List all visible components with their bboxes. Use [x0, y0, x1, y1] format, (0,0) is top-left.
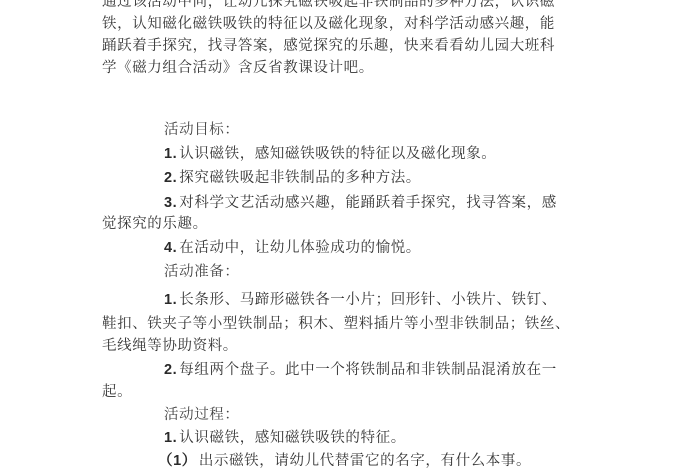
goal-item-text: 对科学文艺活动感兴趣，能踊跃着手探究，找寻答案，感: [179, 195, 557, 211]
process-item-1: 1.认识磁铁，感知磁铁吸铁的特征。: [164, 428, 406, 448]
intro-line-0: 通过该活动中同，让幼儿探究磁铁吸起非铁制品的多种方法，认识磁: [102, 0, 555, 12]
goal-item-4: 4.在活动中，让幼儿体验成功的愉悦。: [164, 238, 421, 258]
prep-item-number: 2.: [164, 362, 177, 378]
goal-item-number: 2.: [164, 170, 177, 186]
goal-item-text: 认识磁铁，感知磁铁吸铁的特征以及磁化现象。: [179, 146, 496, 162]
prep-item-1-continued-1: 鞋扣、铁夹子等小型铁制品；积木、塑料插片等小型非铁制品；铁丝、: [102, 314, 570, 334]
process-heading: 活动过程：: [164, 405, 240, 425]
prep-item-1-continued-2: 毛线绳等协助资料。: [102, 336, 238, 356]
process-item-text: 认识磁铁，感知磁铁吸铁的特征。: [179, 430, 406, 446]
goal-item-2: 2.探究磁铁吸起非铁制品的多种方法。: [164, 168, 421, 188]
process-subitem-number: （1）: [158, 453, 197, 469]
goal-item-number: 1.: [164, 146, 177, 162]
goal-item-text: 在活动中，让幼儿体验成功的愉悦。: [179, 240, 421, 256]
preparation-heading: 活动准备：: [164, 262, 240, 282]
prep-item-number: 1.: [164, 292, 177, 308]
prep-item-2-continued: 起。: [102, 382, 132, 402]
prep-item-2: 2.每组两个盘子。此中一个将铁制品和非铁制品混淆放在一: [164, 360, 557, 380]
intro-line-2: 踊跃着手探究，找寻答案，感觉探究的乐趣，快来看看幼儿园大班科: [102, 36, 555, 56]
prep-item-text: 每组两个盘子。此中一个将铁制品和非铁制品混淆放在一: [179, 362, 557, 378]
goal-item-number: 3.: [164, 195, 177, 211]
goal-item-1: 1.认识磁铁，感知磁铁吸铁的特征以及磁化现象。: [164, 144, 496, 164]
intro-line-1: 铁，认知磁化磁铁吸铁的特征以及磁化现象，对科学活动感兴趣，能: [102, 14, 555, 34]
intro-line-3: 学《磁力组合活动》含反省教课设计吧。: [102, 58, 374, 78]
document-page: 通过该活动中同，让幼儿探究磁铁吸起非铁制品的多种方法，认识磁 铁，认知磁化磁铁吸…: [0, 0, 700, 470]
process-item-number: 1.: [164, 430, 177, 446]
prep-item-text: 长条形、马蹄形磁铁各一小片；回形针、小铁片、铁钉、: [179, 292, 557, 308]
process-subitem-text: 出示磁铁，请幼儿代替雷它的名字，有什么本事。: [199, 453, 531, 469]
goals-heading: 活动目标：: [164, 120, 240, 140]
goal-item-3: 3.对科学文艺活动感兴趣，能踊跃着手探究，找寻答案，感: [164, 193, 557, 213]
process-subitem-1: （1）出示磁铁，请幼儿代替雷它的名字，有什么本事。: [158, 451, 531, 470]
goal-item-3-continued: 觉探究的乐趣。: [102, 214, 208, 234]
goal-item-number: 4.: [164, 240, 177, 256]
prep-item-1: 1.长条形、马蹄形磁铁各一小片；回形针、小铁片、铁钉、: [164, 290, 557, 310]
goal-item-text: 探究磁铁吸起非铁制品的多种方法。: [179, 170, 421, 186]
